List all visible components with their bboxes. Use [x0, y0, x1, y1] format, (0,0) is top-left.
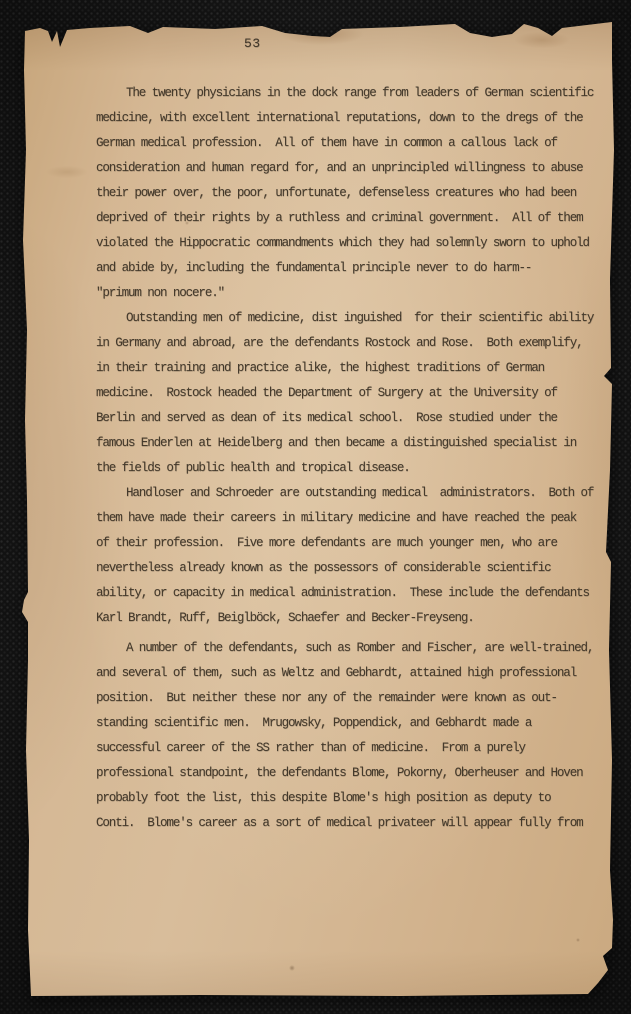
text-line: A number of the defendants, such as Romb…: [96, 636, 616, 661]
document-page: 53 The twenty physicians in the dock ran…: [22, 22, 619, 1000]
text-line: in Germany and abroad, are the defendant…: [96, 331, 616, 356]
text-line: and abide by, including the fundamental …: [96, 256, 616, 281]
text-line: in their training and practice alike, th…: [96, 356, 616, 381]
typed-text-block: The twenty physicians in the dock range …: [96, 81, 616, 836]
text-line: position. But neither these nor any of t…: [96, 686, 616, 711]
text-line: Outstanding men of medicine, dist inguis…: [96, 306, 616, 331]
text-line: violated the Hippocratic commandments wh…: [96, 231, 616, 256]
text-line: deprived of their rights by a ruthless a…: [96, 206, 616, 231]
text-line: Berlin and served as dean of its medical…: [96, 406, 616, 431]
text-line: professional standpoint, the defendants …: [96, 761, 616, 786]
text-line: famous Enderlen at Heidelberg and then b…: [96, 431, 616, 456]
text-line: Handloser and Schroeder are outstanding …: [96, 481, 616, 506]
text-line: "primum non nocere.": [96, 281, 616, 306]
text-line: Karl Brandt, Ruff, Beiglböck, Schaefer a…: [96, 606, 616, 631]
text-line: the fields of public health and tropical…: [96, 456, 616, 481]
text-line: of their profession. Five more defendant…: [96, 531, 616, 556]
text-line: successful career of the SS rather than …: [96, 736, 616, 761]
text-line: medicine. Rostock headed the Department …: [96, 381, 616, 406]
text-line: standing scientific men. Mrugowsky, Popp…: [96, 711, 616, 736]
scanner-background: 53 The twenty physicians in the dock ran…: [0, 0, 631, 1014]
page-number: 53: [244, 36, 261, 51]
text-line: and several of them, such as Weltz and G…: [96, 661, 616, 686]
paragraph: The twenty physicians in the dock range …: [96, 81, 616, 306]
text-line: ability, or capacity in medical administ…: [96, 581, 616, 606]
text-line: medicine, with excellent international r…: [96, 106, 616, 131]
text-line: Conti. Blome's career as a sort of medic…: [96, 811, 616, 836]
paragraph: Handloser and Schroeder are outstanding …: [96, 481, 616, 631]
text-line: probably foot the list, this despite Blo…: [96, 786, 616, 811]
text-line: their power over, the poor, unfortunate,…: [96, 181, 616, 206]
text-line: consideration and human regard for, and …: [96, 156, 616, 181]
text-line: German medical profession. All of them h…: [96, 131, 616, 156]
text-line: The twenty physicians in the dock range …: [96, 81, 616, 106]
text-line: them have made their careers in military…: [96, 506, 616, 531]
paragraph: Outstanding men of medicine, dist inguis…: [96, 306, 616, 481]
text-line: nevertheless already known as the posses…: [96, 556, 616, 581]
paragraph: A number of the defendants, such as Romb…: [96, 636, 616, 836]
document-page-wrapper: 53 The twenty physicians in the dock ran…: [0, 0, 631, 1014]
